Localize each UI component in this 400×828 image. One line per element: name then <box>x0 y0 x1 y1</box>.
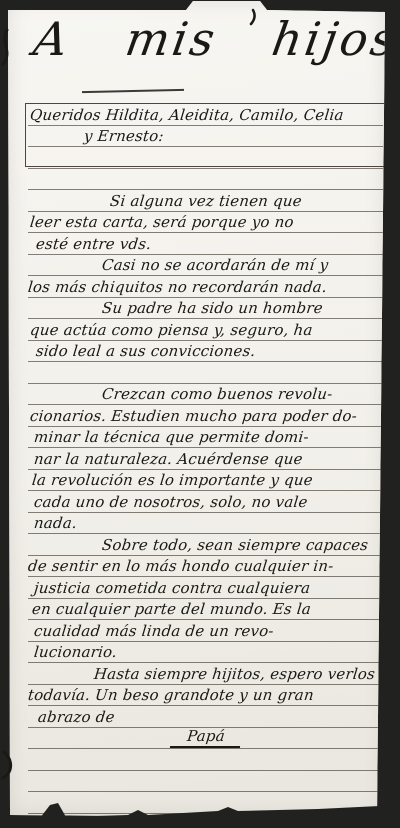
letter-line-text: Hasta siempre hijitos, espero verlos <box>93 665 376 684</box>
letter-title-block: A mis hijos <box>30 12 370 98</box>
letter-line-text: la revolución es lo importante y que <box>31 471 314 490</box>
letter-line: todavía. Un beso grandote y un gran <box>28 685 383 707</box>
letter-line: cualidad más linda de un revo- <box>28 620 383 642</box>
letter-line: Queridos Hildita, Aleidita, Camilo, Celi… <box>28 104 383 126</box>
letter-line: Sobre todo, sean siempre capaces <box>28 534 383 556</box>
letter-line-text: los más chiquitos no recordarán nada. <box>27 278 328 297</box>
letter-line: justicia cometida contra cualquiera <box>28 577 383 599</box>
letter-line: minar la técnica que permite domi- <box>28 427 383 449</box>
letter-line-text: todavía. Un beso grandote y un gran <box>27 686 315 705</box>
letter-line: cada uno de nosotros, solo, no vale <box>28 491 383 513</box>
letter-line <box>28 169 383 191</box>
letter-line-text: esté entre vds. <box>35 235 152 254</box>
signature-text: Papá <box>170 727 242 748</box>
letter-lines: Queridos Hildita, Aleidita, Camilo, Celi… <box>28 104 383 828</box>
letter-line-text: leer esta carta, será porque yo no <box>29 213 295 232</box>
letter-line-text: cualidad más linda de un revo- <box>33 622 275 641</box>
letter-line: en cualquier parte del mundo. Es la <box>28 599 383 621</box>
letter-line: Hasta siempre hijitos, espero verlos <box>28 663 383 685</box>
letter-line-text: sido leal a sus convicciones. <box>35 342 256 361</box>
letter-line: y Ernesto: <box>28 126 383 148</box>
letter-line: nada. <box>28 513 383 535</box>
pen-stroke-artifact-bottom-left <box>3 752 11 778</box>
pen-stroke-artifact-top-left <box>3 30 7 64</box>
letter-line: Si alguna vez tienen que <box>28 190 383 212</box>
letter-line-text: nar la naturaleza. Acuérdense que <box>33 450 304 469</box>
letter-line: lucionario. <box>28 642 383 664</box>
letter-line-text: que actúa como piensa y, seguro, ha <box>29 321 314 340</box>
letter-line-text: nada. <box>33 514 78 533</box>
letter-paper: A mis hijos Queridos Hildita, Aleidita, … <box>8 0 385 818</box>
letter-line: Papá <box>28 728 383 750</box>
letter-line: leer esta carta, será porque yo no <box>28 212 383 234</box>
letter-line-text: justicia cometida contra cualquiera <box>33 579 311 598</box>
letter-line-text: en cualquier parte del mundo. Es la <box>31 600 312 619</box>
letter-line <box>28 771 383 793</box>
letter-line: nar la naturaleza. Acuérdense que <box>28 448 383 470</box>
letter-line-text: minar la técnica que permite domi- <box>33 428 310 447</box>
letter-line: cionarios. Estudien mucho para poder do- <box>28 405 383 427</box>
letter-line: la revolución es lo importante y que <box>28 470 383 492</box>
letter-line: Casi no se acordarán de mí y <box>28 255 383 277</box>
letter-line-text: Su padre ha sido un hombre <box>101 299 324 318</box>
letter-line <box>28 362 383 384</box>
letter-line <box>28 749 383 771</box>
letter-line: esté entre vds. <box>28 233 383 255</box>
title-underline <box>82 89 184 93</box>
letter-line-text: de sentir en lo más hondo cualquier in- <box>27 557 335 576</box>
letter-line-text: Si alguna vez tienen que <box>109 192 303 211</box>
letter-line-text: Crezcan como buenos revolu- <box>101 385 333 404</box>
letter-line: de sentir en lo más hondo cualquier in- <box>28 556 383 578</box>
letter-line-text: Casi no se acordarán de mí y <box>101 256 329 275</box>
letter-line-text: Queridos Hildita, Aleidita, Camilo, Celi… <box>29 106 345 125</box>
letter-line-text: cada uno de nosotros, solo, no vale <box>33 493 309 512</box>
letter-line-text: abrazo de <box>37 708 116 727</box>
letter-line: los más chiquitos no recordarán nada. <box>28 276 383 298</box>
letter-line-text: lucionario. <box>33 643 118 662</box>
letter-line: abrazo de <box>28 706 383 728</box>
letter-line-text: y Ernesto: <box>83 127 165 146</box>
letter-line <box>28 147 383 169</box>
letter-line-text: cionarios. Estudien mucho para poder do- <box>29 407 358 426</box>
letter-line: Crezcan como buenos revolu- <box>28 384 383 406</box>
letter-line: Su padre ha sido un hombre <box>28 298 383 320</box>
letter-line-text: Sobre todo, sean siempre capaces <box>101 536 369 555</box>
letter-line: sido leal a sus convicciones. <box>28 341 383 363</box>
letter-line: que actúa como piensa y, seguro, ha <box>28 319 383 341</box>
letter-title: A mis hijos <box>30 12 379 66</box>
